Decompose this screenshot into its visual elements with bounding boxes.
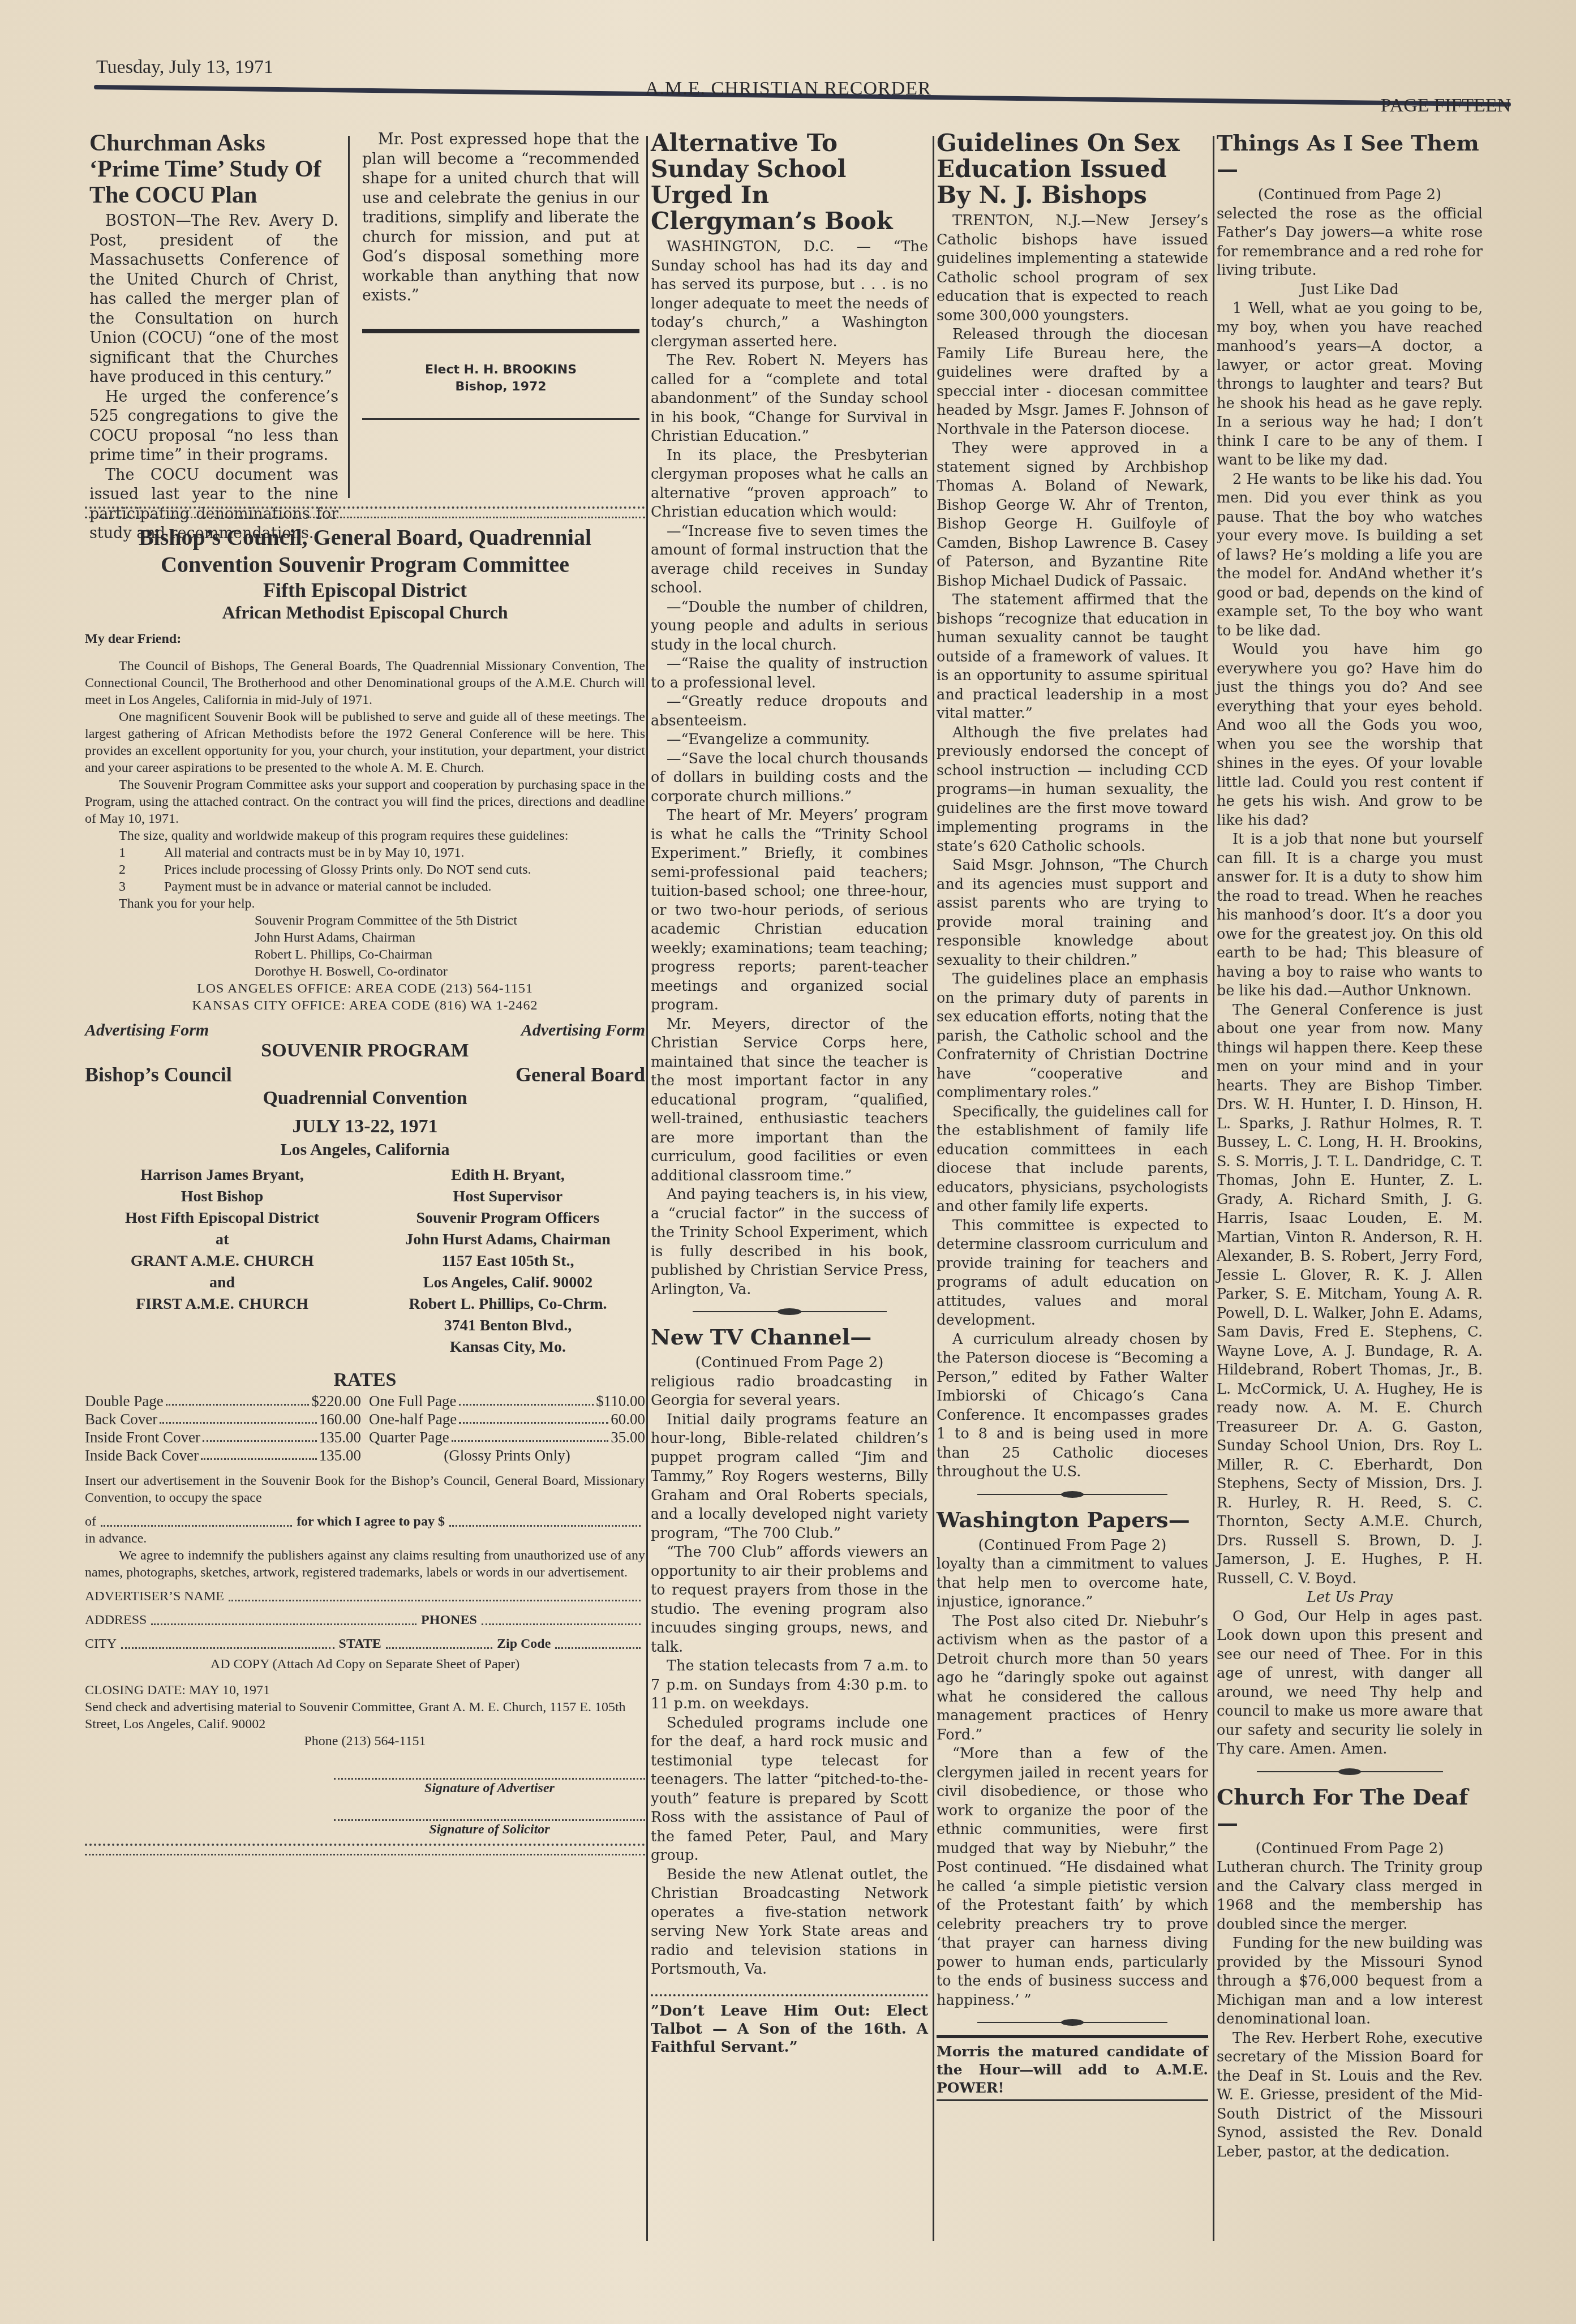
ad-heading: Fifth Episcopal District	[85, 578, 645, 602]
ornamental-border	[85, 1844, 645, 1855]
address-field[interactable]: ADDRESSPHONES	[85, 1612, 645, 1629]
guideline-item: 2Prices include processing of Glossy Pri…	[85, 861, 645, 878]
tv-channel-headline: New TV Channel—	[651, 1324, 928, 1350]
article-paragraph: The Rev. Robert N. Meyers has called for…	[651, 351, 928, 446]
article-paragraph: The station telecasts from 7 a.m. to 7 p…	[651, 1657, 928, 1714]
program-title: SOUVENIR PROGRAM	[85, 1039, 645, 1063]
poem-title: Just Like Dad	[1217, 281, 1483, 300]
article-paragraph: Lutheran church. The Trinity group and t…	[1217, 1858, 1483, 1934]
host-info-line: Host Fifth Episcopal District	[85, 1208, 359, 1229]
prayer-title: Let Us Pray	[1217, 1588, 1483, 1608]
rate-label: Back Cover	[85, 1410, 157, 1428]
in-advance: in advance.	[85, 1530, 645, 1547]
paragraph-group: 1 Well, what ae you going to be, my boy,…	[1217, 299, 1483, 1588]
article-paragraph: A curriculum already chosen by the Pater…	[937, 1330, 1208, 1482]
city-line[interactable]	[121, 1647, 334, 1649]
host-info-line: John Hurst Adams, Chairman	[371, 1229, 645, 1251]
ad-greeting: My dear Friend:	[85, 630, 645, 647]
ad-paragraph: The size, quality and worldwide makeup o…	[85, 827, 645, 844]
host-info-line: Robert L. Phillips, Co-Chrm.	[371, 1294, 645, 1315]
article-paragraph: The General Conference is just about one…	[1217, 1001, 1483, 1589]
article-paragraph: —“Evangelize a community.	[651, 731, 928, 750]
insert-instruction: Insert our advertisement in the Souvenir…	[85, 1472, 645, 1506]
rate-row: Back Cover160.00	[85, 1410, 361, 1428]
article-paragraph: The Rev. Herbert Rohe, executive secreta…	[1217, 2029, 1483, 2162]
cocu-headline: Churchman Asks ‘Prime Time’ Study Of The…	[89, 130, 338, 208]
ornamental-border	[85, 506, 645, 518]
advertiser-name-field[interactable]: ADVERTISER’S NAME	[85, 1588, 645, 1605]
article-paragraph: The guidelines place an emphasis on the …	[937, 970, 1208, 1103]
paragraph-group: religious radio broadcasting in Georgia …	[651, 1373, 928, 1979]
continued-note: (Continued from Page 2)	[1217, 186, 1483, 205]
article-paragraph: religious radio broadcasting in Georgia …	[651, 1373, 928, 1411]
advertiser-name-line[interactable]	[229, 1599, 641, 1601]
dot-leader	[459, 1392, 594, 1406]
rates-title: RATES	[85, 1368, 645, 1392]
ornament-divider	[977, 1490, 1167, 1499]
host-info-line: GRANT A.M.E. CHURCH	[85, 1251, 359, 1272]
ornament-divider	[977, 2018, 1167, 2027]
paragraph-group: TRENTON, N.J.—New Jersey’s Catholic bish…	[937, 212, 1208, 1482]
washington-papers-headline: Washington Papers—	[937, 1507, 1208, 1533]
host-info-line: Edith H. Bryant,	[371, 1165, 645, 1186]
rates-table: Double Page$220.00Back Cover160.00Inside…	[85, 1392, 645, 1464]
article-paragraph: Specifically, the guidelines call for th…	[937, 1103, 1208, 1217]
article-paragraph: The Post also cited Dr. Niebuhr’s activi…	[937, 1612, 1208, 1745]
things-headline: Things As I See Them—	[1217, 130, 1483, 182]
dot-leader	[203, 1428, 317, 1442]
column-divider	[646, 136, 648, 2241]
signature-line[interactable]	[334, 1761, 645, 1780]
contact-phone: Phone (213) 564-1151	[85, 1733, 645, 1750]
space-payment-field[interactable]: of for which I agree to pay $	[85, 1513, 645, 1530]
page-number: PAGE FIFTEEN	[1381, 95, 1511, 117]
phones-line[interactable]	[482, 1623, 641, 1625]
rate-price: 35.00	[611, 1428, 645, 1446]
convention-dates: JULY 13-22, 1971	[85, 1115, 645, 1139]
article-paragraph: —“Raise the quality of instruction to a …	[651, 655, 928, 693]
host-info-line: at	[85, 1229, 359, 1251]
continued-note: (Continued From Page 2)	[1217, 1840, 1483, 1859]
elect-subline: Bishop, 1972	[362, 379, 639, 396]
article-paragraph: Beside the new Atlenat outlet, the Chris…	[651, 1866, 928, 1979]
article-paragraph: loyalty than a cimmitment to values that…	[937, 1555, 1208, 1612]
host-bishop-block: Harrison James Bryant,Host BishopHost Fi…	[85, 1165, 359, 1358]
ad-copy-note: AD COPY (Attach Ad Copy on Separate Shee…	[85, 1656, 645, 1673]
article-paragraph: Mr. Post expressed hope that the plan wi…	[362, 130, 639, 306]
continued-note: (Continued From Page 2)	[937, 1536, 1208, 1556]
signatory: Dorothye H. Boswell, Co-ordinator	[85, 963, 645, 980]
signatory: Robert L. Phillips, Co-Chairman	[85, 946, 645, 963]
article-paragraph: In its place, the Presbyterian clergyman…	[651, 446, 928, 522]
issue-date: Tuesday, July 13, 1971	[96, 57, 273, 78]
rate-price: $220.00	[311, 1392, 361, 1410]
dot-leader	[452, 1428, 609, 1442]
cocu-article-continued: Mr. Post expressed hope that the plan wi…	[362, 130, 639, 420]
article-paragraph: “More than a few of the clergymen jailed…	[937, 1745, 1208, 2010]
rate-row: Double Page$220.00	[85, 1392, 361, 1410]
article-paragraph: BOSTON—The Rev. Avery D. Post, president…	[89, 212, 338, 388]
masthead: Tuesday, July 13, 1971 A.M.E. CHRISTIAN …	[85, 51, 1511, 108]
dot-leader	[459, 1410, 608, 1424]
amount-input-line[interactable]	[449, 1524, 641, 1527]
dot-leader	[166, 1392, 310, 1406]
ad-paragraph: The Souvenir Program Committee asks your…	[85, 776, 645, 827]
sunday-school-headline: Alternative To Sunday School Urged In Cl…	[651, 130, 928, 234]
rate-row: One-half Page60.00	[369, 1410, 645, 1428]
host-info-line: FIRST A.M.E. CHURCH	[85, 1294, 359, 1315]
continued-note: (Continued From Page 2)	[651, 1354, 928, 1373]
morris-campaign-box: Morris the matured candidate of the Hour…	[937, 2035, 1208, 2101]
rate-row: Inside Back Cover135.00	[85, 1446, 361, 1464]
council-board-row: Bishop’s Council General Board	[85, 1063, 645, 1086]
host-info-line: Los Angeles, Calif. 90002	[371, 1272, 645, 1294]
article-paragraph: selected the rose as the official Father…	[1217, 205, 1483, 281]
paragraph-group: Lutheran church. The Trinity group and t…	[1217, 1858, 1483, 2162]
ad-paragraph: The Council of Bishops, The General Boar…	[85, 658, 645, 708]
rate-label: Inside Back Cover	[85, 1446, 199, 1464]
article-paragraph: He urged the conference’s 525 congregati…	[89, 388, 338, 466]
sex-ed-headline: Guidelines On Sex Education Issued By N.…	[937, 130, 1208, 208]
article-paragraph: “The 700 Club” affords viewers an opport…	[651, 1543, 928, 1657]
rate-row: Quarter Page35.00	[369, 1428, 645, 1446]
office-phone: LOS ANGELES OFFICE: AREA CODE (213) 564-…	[85, 980, 645, 997]
program-officers-block: Edith H. Bryant,Host SupervisorSouvenir …	[371, 1165, 645, 1358]
cocu-article: Churchman Asks ‘Prime Time’ Study Of The…	[89, 130, 338, 544]
paragraph-group: loyalty than a cimmitment to values that…	[937, 1555, 1208, 2010]
elect-line: Elect H. H. BROOKINS	[362, 362, 639, 379]
article-paragraph: The heart of Mr. Meyers’ program is what…	[651, 806, 928, 1015]
rate-price: 60.00	[611, 1410, 645, 1428]
newspaper-page: Tuesday, July 13, 1971 A.M.E. CHRISTIAN …	[85, 51, 1511, 2258]
ornament-divider	[693, 1307, 887, 1316]
rate-label: One-half Page	[369, 1410, 457, 1428]
rate-label: Inside Front Cover	[85, 1428, 200, 1446]
host-info-line: 1157 East 105th St.,	[371, 1251, 645, 1272]
article-paragraph: —“Increase five to seven times the amoun…	[651, 522, 928, 598]
ad-thanks: Thank you for your help.	[85, 895, 645, 912]
publication-title: A.M.E. CHRISTIAN RECORDER	[645, 78, 931, 100]
guideline-item: 3Payment must be in advance or material …	[85, 878, 645, 895]
column-divider	[933, 136, 934, 2241]
article-paragraph: WASHINGTON, D.C. — “The Sunday school ha…	[651, 238, 928, 351]
ad-heading: Convention Souvenir Program Committee	[85, 551, 645, 578]
signature-line[interactable]	[334, 1802, 645, 1821]
article-paragraph: 1 Well, what ae you going to be, my boy,…	[1217, 299, 1483, 470]
space-input-line[interactable]	[101, 1524, 292, 1527]
rate-price: 135.00	[319, 1446, 361, 1464]
souvenir-program-ad: Bishop’s Council, General Board, Quadren…	[85, 501, 645, 1861]
zip-line[interactable]	[555, 1647, 641, 1649]
article-paragraph: Although the five prelates had previousl…	[937, 724, 1208, 857]
host-info-line: Harrison James Bryant,	[85, 1165, 359, 1186]
rate-row: One Full Page$110.00	[369, 1392, 645, 1410]
article-paragraph: —“Greatly reduce dropouts and absenteeis…	[651, 693, 928, 731]
sunday-school-article: Alternative To Sunday School Urged In Cl…	[651, 130, 928, 2056]
rate-price: 135.00	[319, 1428, 361, 1446]
things-as-i-see-them-column: Things As I See Them— (Continued from Pa…	[1217, 130, 1483, 2162]
article-paragraph: Said Msgr. Johnson, “The Church and its …	[937, 856, 1208, 970]
rates-column-left: Double Page$220.00Back Cover160.00Inside…	[85, 1392, 361, 1464]
rate-label: Quarter Page	[369, 1428, 449, 1446]
article-paragraph: TRENTON, N.J.—New Jersey’s Catholic bish…	[937, 212, 1208, 325]
host-info-line: and	[85, 1272, 359, 1294]
ornament-divider	[1257, 1767, 1443, 1776]
convention-location: Los Angeles, California	[85, 1139, 645, 1161]
article-paragraph: Scheduled programs include one for the d…	[651, 1714, 928, 1866]
solicitor-signature[interactable]: Signature of Solicitor	[334, 1802, 645, 1838]
host-info-line: Host Bishop	[85, 1186, 359, 1208]
rates-note: (Glossy Prints Only)	[369, 1446, 645, 1464]
article-paragraph: And paying teachers is, in his view, a “…	[651, 1185, 928, 1299]
signatory: John Hurst Adams, Chairman	[85, 929, 645, 946]
rates-column-right: One Full Page$110.00One-half Page60.00Qu…	[369, 1392, 645, 1464]
host-info-line: Kansas City, Mo.	[371, 1337, 645, 1358]
rate-label: One Full Page	[369, 1392, 457, 1410]
church-deaf-headline: Church For The Deaf—	[1217, 1784, 1483, 1836]
prayer-text: O God, Our Help in ages past. Look down …	[1217, 1608, 1483, 1759]
article-paragraph: The statement affirmed that the bishops …	[937, 591, 1208, 724]
office-phone: KANSAS CITY OFFICE: AREA CODE (816) WA 1…	[85, 997, 645, 1014]
column-divider	[348, 136, 350, 498]
ad-heading: African Methodist Episcopal Church	[85, 602, 645, 622]
host-info: Harrison James Bryant,Host BishopHost Fi…	[85, 1165, 645, 1358]
article-paragraph: Released through the diocesan Family Lif…	[937, 325, 1208, 439]
paragraph-group: WASHINGTON, D.C. — “The Sunday school ha…	[651, 238, 928, 1299]
signatory: Souvenir Program Committee of the 5th Di…	[85, 912, 645, 929]
talbot-campaign-box: ”Don’t Leave Him Out: Elect Talbot — A S…	[651, 1994, 928, 2056]
article-paragraph: Initial daily programs feature an hour-l…	[651, 1411, 928, 1544]
advertiser-signature[interactable]: Signature of Advertiser	[334, 1761, 645, 1797]
rate-row: Inside Front Cover135.00	[85, 1428, 361, 1446]
ad-paragraph: One magnificent Souvenir Book will be pu…	[85, 708, 645, 776]
guideline-item: 1All material and contracts must be in b…	[85, 844, 645, 861]
address-line[interactable]	[151, 1623, 416, 1625]
host-info-line: Host Supervisor	[371, 1186, 645, 1208]
host-info-line: Souvenir Program Officers	[371, 1208, 645, 1229]
indemnify-clause: We agree to indemnify the publishers aga…	[85, 1547, 645, 1581]
article-paragraph: They were approved in a statement signed…	[937, 439, 1208, 591]
convention-title: Quadrennial Convention	[85, 1086, 645, 1110]
rate-price: $110.00	[596, 1392, 645, 1410]
article-paragraph: —“Save the local church thousands of dol…	[651, 750, 928, 807]
rate-label: Double Page	[85, 1392, 164, 1410]
rate-price: 160.00	[319, 1410, 361, 1428]
article-paragraph: 2 He wants to be like his dad. You men. …	[1217, 470, 1483, 641]
article-paragraph: Would you have him go everywhere you go?…	[1217, 641, 1483, 830]
dot-leader	[201, 1446, 317, 1460]
advertising-form-labels: Advertising Form Advertising Form	[85, 1022, 645, 1039]
article-paragraph: This committee is expected to determine …	[937, 1217, 1208, 1330]
elect-brookins-box: Elect H. H. BROOKINS Bishop, 1972	[362, 329, 639, 420]
city-state-zip-field[interactable]: CITYSTATEZip Code	[85, 1635, 645, 1652]
ad-heading: Bishop’s Council, General Board, Quadren…	[85, 524, 645, 551]
column-divider	[1213, 136, 1214, 2241]
sex-education-article: Guidelines On Sex Education Issued By N.…	[937, 130, 1208, 2101]
state-line[interactable]	[386, 1647, 492, 1649]
article-paragraph: —“Double the number of children, young p…	[651, 598, 928, 655]
send-instructions: Send check and advertising material to S…	[85, 1699, 645, 1733]
article-paragraph: Funding for the new building was provide…	[1217, 1934, 1483, 2029]
article-paragraph: Mr. Meyers, director of the Christian Se…	[651, 1015, 928, 1186]
host-info-line: 3741 Benton Blvd.,	[371, 1315, 645, 1337]
dot-leader	[160, 1410, 317, 1424]
article-paragraph: It is a job that none but yourself can f…	[1217, 830, 1483, 1001]
closing-date: CLOSING DATE: MAY 10, 1971	[85, 1682, 645, 1699]
